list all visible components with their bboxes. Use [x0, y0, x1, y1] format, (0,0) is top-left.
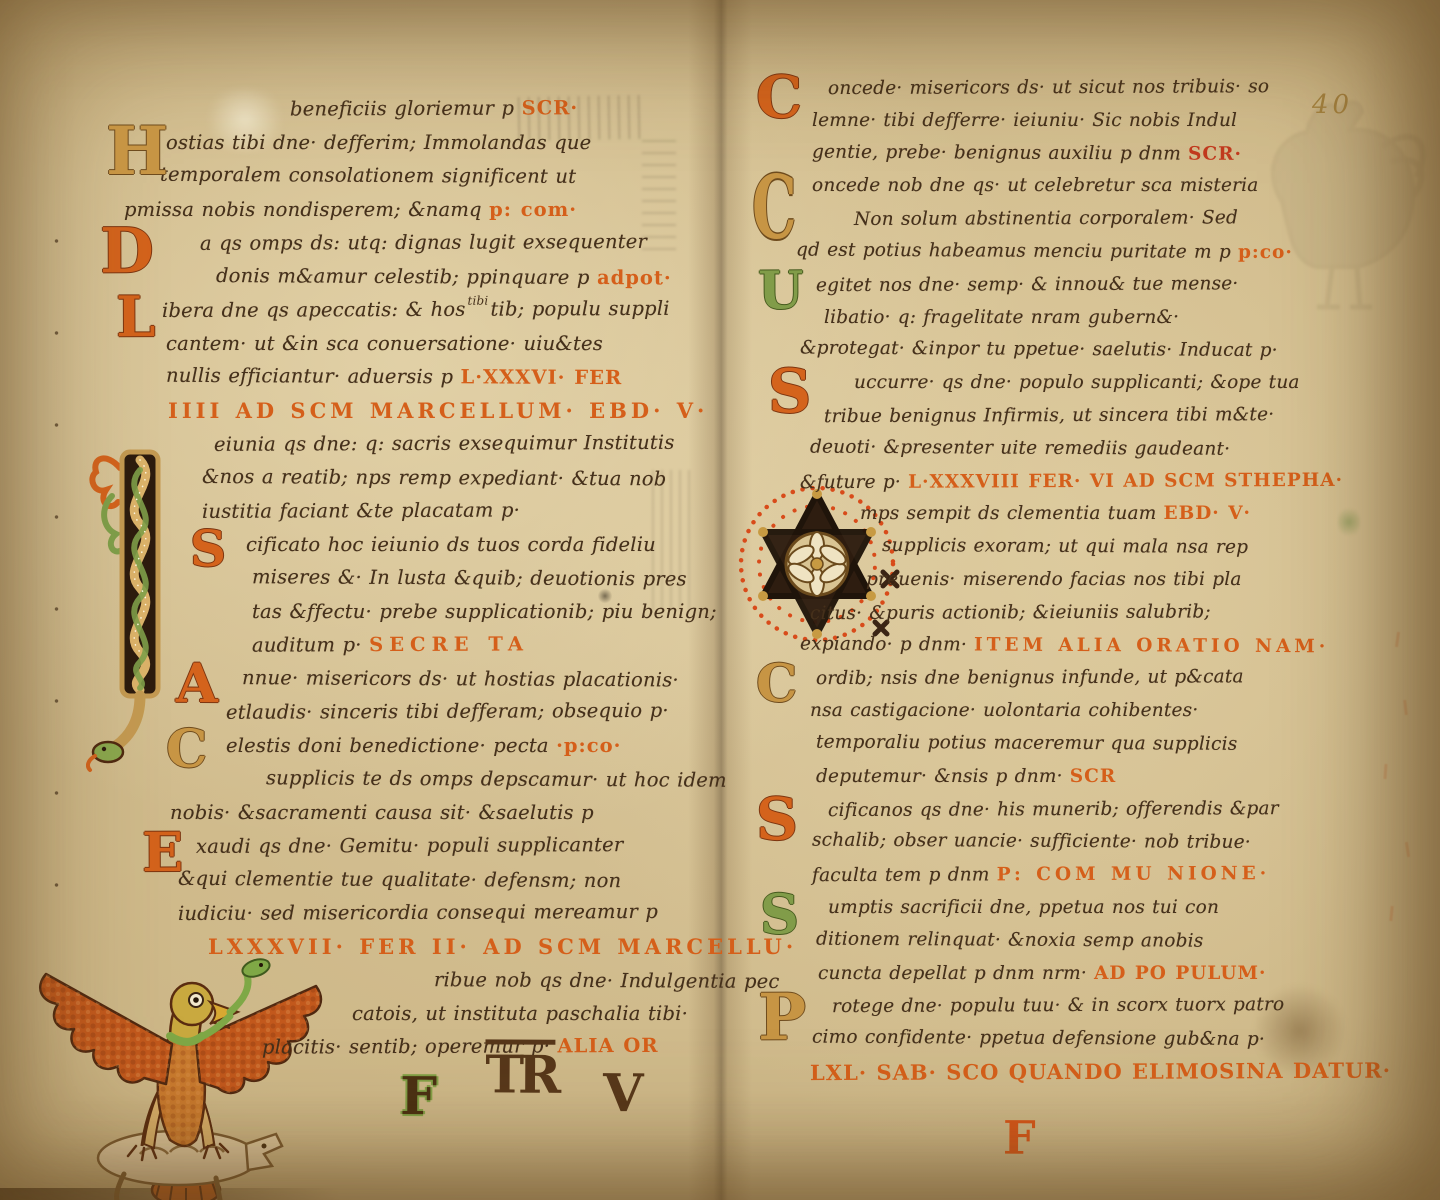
manuscript-line: &protegat· &inpor tu ppetue· saelutis· I…: [748, 333, 1408, 369]
text-run: cificato hoc ieiunio ds tuos corda fidel…: [246, 533, 656, 556]
manuscript-line: lemne· tibi defferre· ieiuniu· Sic nobis…: [748, 105, 1408, 138]
manuscript-line: Scificato hoc ieiunio ds tuos corda fide…: [90, 528, 715, 562]
illuminated-initial: S: [768, 365, 812, 419]
text-run: tib; populu suppli: [490, 297, 669, 321]
manuscript-line: Celestis doni benedictione· pecta ·p:co·: [90, 729, 715, 763]
manuscript-line: [748, 1089, 1408, 1122]
text-run: oncede nob dne qs· ut celebretur sca mis…: [812, 175, 1259, 196]
manuscript-line: temporalem consolationem significent ut: [90, 157, 715, 194]
text-run: beneficiis gloriemur p: [290, 96, 522, 120]
text-run: cantem· ut &in sca conuersatione· uiu&te…: [166, 332, 603, 355]
text-run: deuoti· &presenter uite remediis gaudean…: [810, 436, 1230, 459]
manuscript-line: iustitia faciant &te placatam p·: [90, 493, 715, 529]
manuscript-line: pmissa nobis nondisperem; &namq p: com·: [90, 193, 715, 227]
manuscript-line: Concede nob dne qs· ut celebretur sca mi…: [748, 170, 1408, 203]
manuscript-line: supplicis exoram; ut qui mala nsa rep: [748, 529, 1408, 565]
manuscript-line: Sumptis sacrificii dne, ppetua nos tui c…: [748, 892, 1408, 925]
text-run: tibi: [467, 285, 488, 319]
manuscript-line: Libera dne qs apeccatis: & hostibitib; p…: [90, 292, 715, 328]
text-run: elestis doni benedictione· pecta: [226, 734, 556, 757]
manuscript-line: placitis· sentib; operemur p· ALIA OR: [90, 1029, 715, 1065]
text-run: ·p:co·: [556, 734, 621, 757]
manuscript-line: eiunia qs dne: q: sacris exsequimur Inst…: [90, 426, 715, 462]
manuscript-line: &qui clementie tue qualitate· defensm; n…: [90, 861, 715, 898]
manuscript-line: temporaliu potius maceremur qua supplici…: [748, 726, 1408, 762]
text-run: temporaliu potius maceremur qua supplici…: [816, 732, 1238, 755]
text-run: adpot·: [597, 266, 672, 289]
text-run: supplicis te ds omps depscamur· ut hoc i…: [266, 766, 727, 791]
text-run: tribue benignus Infirmis, ut sincera tib…: [824, 404, 1274, 427]
text-run: a qs omps ds: utq: dignas lugit exsequen…: [200, 230, 647, 255]
text-run: &qui clementie tue qualitate· defensm; n…: [178, 866, 621, 891]
text-run: p: com·: [489, 198, 577, 221]
text-run: eiunia qs dne: q: sacris exsequimur Inst…: [214, 431, 675, 456]
manuscript-spread: 40: [0, 0, 1440, 1200]
text-run: F: [400, 1079, 437, 1113]
manuscript-line: &future p· L·XXXVIII FER· VI AD SCM STHE…: [748, 464, 1408, 500]
manuscript-line: iudiciu· sed misericordia consequi merea…: [90, 895, 715, 931]
text-run: LXL· SAB· SCO QUANDO ELIMOSINA DATUR·: [810, 1058, 1391, 1086]
text-run: expiando· p dnm·: [800, 633, 974, 655]
manuscript-line: qd est potius habeamus menciu puritate m…: [748, 234, 1408, 270]
manuscript-line: Da qs omps ds: utq: dignas lugit exseque…: [90, 225, 715, 261]
text-run: L·XXXVI· FER: [461, 365, 623, 389]
text-run: iudiciu· sed misericordia consequi merea…: [178, 900, 658, 925]
manuscript-line: deuoti· &presenter uite remediis gaudean…: [748, 431, 1408, 467]
text-run: miseres &· In lusta &quib; deuotionis pr…: [252, 565, 687, 590]
text-run: ALIA OR: [557, 1034, 658, 1057]
text-run: nullis efficiantur· aduersis p: [166, 364, 461, 389]
manuscript-line: expiando· p dnm· ITEM ALIA ORATIO NAM·: [748, 628, 1408, 664]
text-run: gentie, prebe· benignus auxiliu p dnm: [812, 141, 1188, 164]
manuscript-line: cuncta depellat p dnm nrm· AD PO PULUM·: [748, 958, 1408, 991]
text-run: cimo confidente· ppetua defensione gub&n…: [812, 1027, 1265, 1050]
manuscript-line: catois, ut instituta paschalia tibi·: [90, 997, 715, 1031]
manuscript-line: Annue· misericors ds· ut hostias placati…: [90, 660, 715, 697]
text-run: qd est potius habeamus menciu puritate m…: [796, 240, 1238, 263]
text-run: auditum p·: [252, 633, 369, 657]
text-run: ribue nob qs dne· Indulgentia pec: [434, 968, 780, 993]
text-run: deputemur· &nsis p dnm·: [816, 766, 1070, 787]
illuminated-initial: S: [760, 890, 799, 939]
text-run: nobis· &sacramenti causa sit· &saelutis …: [170, 801, 594, 824]
text-run: temporalem consolationem significent ut: [160, 163, 576, 188]
text-run: Non solum abstinentia corporalem· Sed: [854, 207, 1238, 230]
text-run: IIII AD SCM MARCELLUM· EBD· V·: [168, 398, 708, 423]
manuscript-line: Hostias tibi dne· defferim; Immolandas q…: [90, 126, 715, 160]
manuscript-line: Protege dne· populu tuu· & in scorx tuor…: [748, 989, 1408, 1025]
manuscript-line: FTRV: [90, 1062, 715, 1160]
text-run: P: COM MU NIONE·: [997, 863, 1271, 885]
text-run: rotege dne· populu tuu· & in scorx tuorx…: [832, 994, 1284, 1017]
manuscript-line: tas &ffectu· prebe supplicationib; piu b…: [90, 595, 715, 629]
text-run: cuncta depellat p dnm nrm·: [818, 963, 1094, 984]
text-run: L·XXXVIII FER· VI AD SCM STHEPHA·: [908, 469, 1343, 492]
text-run: V: [603, 1077, 644, 1111]
text-run: schalib; obser uancie· sufficiente· nob …: [812, 830, 1251, 853]
manuscript-line: cimo confidente· ppetua defensione gub&n…: [748, 1021, 1408, 1057]
manuscript-line: schalib; obser uancie· sufficiente· nob …: [748, 825, 1408, 861]
manuscript-line: gentie, prebe· benignus auxiliu p dnm SC…: [748, 136, 1408, 172]
manuscript-line: F: [748, 1120, 1408, 1156]
text-run: SCR·: [1188, 143, 1242, 164]
text-run: preuenis· miserendo facias nos tibi pla: [866, 569, 1242, 590]
text-run: pmissa nobis nondisperem; &namq: [124, 198, 489, 221]
manuscript-line: Concede· misericors ds· ut sicut nos tri…: [748, 71, 1408, 107]
text-run: mps sempit ds clementia tuam: [860, 503, 1164, 524]
text-run: citus· &puris actionib; &ieiuniis salubr…: [810, 601, 1211, 624]
ruling-prick-marks: [54, 238, 59, 898]
manuscript-line: IIII AD SCM MARCELLUM· EBD· V·: [90, 394, 715, 428]
manuscript-line: beneficiis gloriemur p SCR·: [90, 91, 715, 127]
text-run: etlaudis· sinceris tibi defferam; obsequ…: [226, 699, 669, 724]
illuminated-initial: C: [752, 170, 797, 248]
text-run: cificanos qs dne· his munerib; offerendi…: [828, 798, 1279, 821]
manuscript-line: ditionem relinquat· &noxia semp anobis: [748, 923, 1408, 959]
left-page-lines: beneficiis gloriemur p SCR·Hostias tibi …: [90, 62, 715, 1200]
text-run: SCR·: [522, 96, 579, 119]
text-run: uccurre· qs dne· populo supplicanti; &op…: [854, 372, 1300, 393]
text-run: umptis sacrificii dne, ppetua nos tui co…: [828, 897, 1219, 918]
text-run: &future p·: [800, 471, 908, 492]
manuscript-line: LXL· SAB· SCO QUANDO ELIMOSINA DATUR·: [748, 1054, 1408, 1090]
text-run: AD PO PULUM·: [1094, 963, 1266, 984]
illuminated-initial: S: [190, 526, 226, 571]
text-run: catois, ut instituta paschalia tibi·: [352, 1002, 688, 1025]
manuscript-line: tribue benignus Infirmis, ut sincera tib…: [748, 399, 1408, 435]
manuscript-line: ribue nob qs dne· Indulgentia pec: [90, 961, 715, 998]
manuscript-line: Succurre· qs dne· populo supplicanti; &o…: [748, 367, 1408, 400]
manuscript-line: faculta tem p dnm P: COM MU NIONE·: [748, 858, 1408, 894]
manuscript-line: libatio· q: fragelitate nram gubern&·: [748, 302, 1408, 335]
text-run: tas &ffectu· prebe supplicationib; piu b…: [252, 600, 717, 623]
manuscript-line: Scificanos qs dne· his munerib; offerend…: [748, 792, 1408, 828]
text-run: nsa castigacione· uolontaria cohibentes·: [810, 700, 1198, 721]
text-run: faculta tem p dnm: [812, 864, 997, 886]
illuminated-initial: C: [166, 727, 208, 774]
text-run: F: [1003, 1110, 1036, 1164]
manuscript-line: &nos a reatib; nps remp expediant· &tua …: [90, 459, 715, 496]
right-page-lines: Concede· misericors ds· ut sicut nos tri…: [748, 48, 1408, 1200]
text-run: p:co·: [1238, 242, 1293, 263]
text-run: ibera dne qs apeccatis: & hos: [162, 298, 466, 322]
text-run: SECRE TA: [369, 632, 529, 656]
text-run: iustitia faciant &te placatam p·: [202, 498, 520, 522]
manuscript-line: miseres &· In lusta &quib; deuotionis pr…: [90, 559, 715, 596]
manuscript-line: preuenis· miserendo facias nos tibi pla: [748, 564, 1408, 597]
text-run: LXXXVII· FER II· AD SCM MARCELLU·: [208, 934, 797, 959]
text-run: ITEM ALIA ORATIO NAM·: [974, 634, 1329, 657]
manuscript-line: nobis· &sacramenti causa sit· &saelutis …: [90, 796, 715, 830]
text-run: nnue· misericors ds· ut hostias placatio…: [242, 666, 679, 691]
manuscript-line: Uegitet nos dne· semp· & innou& tue mens…: [748, 267, 1408, 303]
text-run: supplicis exoram; ut qui mala nsa rep: [882, 535, 1248, 558]
manuscript-line: nsa castigacione· uolontaria cohibentes·: [748, 695, 1408, 728]
text-run: xaudi qs dne· Gemitu· populi supplicante…: [196, 833, 623, 858]
text-run: &nos a reatib; nps remp expediant· &tua …: [202, 464, 667, 489]
manuscript-line: Cordib; nsis dne benignus infunde, ut p&…: [748, 661, 1408, 697]
text-run: &protegat· &inpor tu ppetue· saelutis· I…: [800, 338, 1278, 362]
text-run: TR: [485, 1058, 555, 1092]
manuscript-line: nullis efficiantur· aduersis p L·XXXVI· …: [90, 358, 715, 395]
manuscript-line: cantem· ut &in sca conuersatione· uiu&te…: [90, 327, 715, 361]
illuminated-initial: H: [106, 122, 169, 181]
text-run: donis m&amur celestib; ppinquare p: [216, 264, 597, 289]
manuscript-line: Exaudi qs dne· Gemitu· populi supplicant…: [90, 828, 715, 864]
text-run: oncede· misericors ds· ut sicut nos trib…: [828, 76, 1269, 99]
text-run: SCR: [1070, 766, 1116, 787]
manuscript-line: donis m&amur celestib; ppinquare p adpot…: [90, 258, 715, 295]
text-run: ordib; nsis dne benignus infunde, ut p&c…: [816, 667, 1244, 690]
text-run: lemne· tibi defferre· ieiuniu· Sic nobis…: [812, 110, 1237, 131]
text-run: ditionem relinquat· &noxia semp anobis: [816, 928, 1204, 951]
text-run: libatio· q: fragelitate nram gubern&·: [824, 307, 1179, 328]
text-run: egitet nos dne· semp· & innou& tue mense…: [816, 273, 1239, 296]
text-run: EBD· V·: [1164, 503, 1251, 524]
manuscript-line: LXXXVII· FER II· AD SCM MARCELLU·: [90, 930, 715, 964]
manuscript-line: citus· &puris actionib; &ieiuniis salubr…: [748, 595, 1408, 631]
text-run: ostias tibi dne· defferim; Immolandas qu…: [166, 131, 591, 154]
manuscript-line: Non solum abstinentia corporalem· Sed: [748, 202, 1408, 238]
manuscript-line: mps sempit ds clementia tuam EBD· V·: [748, 498, 1408, 531]
manuscript-line: deputemur· &nsis p dnm· SCR: [748, 761, 1408, 794]
